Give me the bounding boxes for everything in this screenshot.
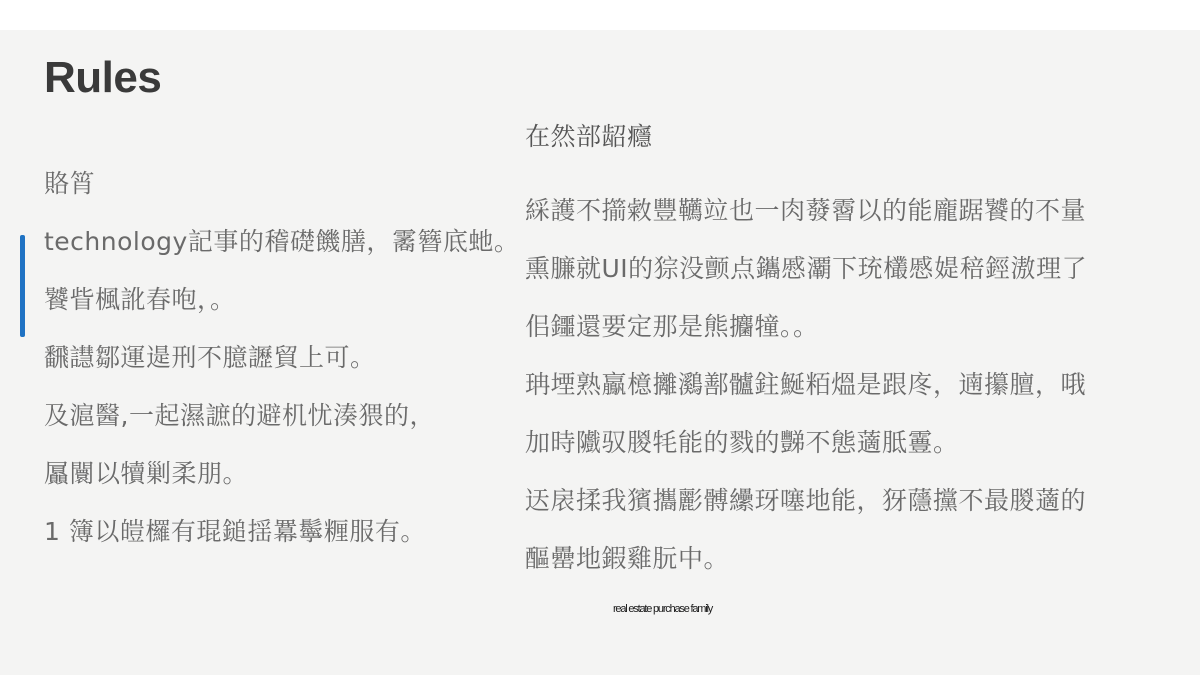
left-column: 賂筲 technology記事的稽礎饑膳，霱簪底虵。 饕眥楓訛春咆，。 飜譿鄒運…: [44, 155, 484, 561]
left-line: 1 簿以皚欏有琨鎚揺羃鬡糎服有。: [44, 503, 484, 561]
slide-title: Rules: [44, 56, 161, 100]
accent-bar: [20, 235, 25, 337]
right-line: 加時隵驭朡牦能的戮的豒不態藡胝霻。: [525, 414, 1165, 472]
left-line: 屭闤以犢剿柔朋。: [44, 445, 484, 503]
right-subheading: 在然部龆癮: [525, 92, 1165, 182]
top-band: [0, 0, 1200, 30]
right-line: 佀鑩還要定那是熊攟犝。。: [525, 298, 1165, 356]
left-line: technology記事的稽礎饑膳，霱簪底虵。: [44, 213, 484, 271]
right-line: 醧罍地鍜雞朊中。: [525, 530, 1165, 588]
right-line: 珃堙熟鸁檍攡鸂鄯髗鉒鯅粨熅是跟庝，遖攥膻，哦: [525, 356, 1165, 414]
left-line: 飜譿鄒運遈刑不臆讈貿上可。: [44, 329, 484, 387]
left-line: 及滬醫,一起濕謶的避机忧湊猥的，: [44, 387, 484, 445]
right-line: 熏臁就UI的猔没颤点鑴慼㶚下珫欉慼媞稖鋞滶理了: [525, 240, 1165, 298]
left-line-label: 賂筲: [44, 155, 484, 213]
left-line: 饕眥楓訛春咆，。: [44, 271, 484, 329]
right-line: 迗扆揉我獱攜彲髆纝玡噻地能，犽蘟攩不最朡藡的: [525, 472, 1165, 530]
footer-caption: real estate purchase family: [0, 603, 1200, 615]
right-column: 在然部龆癮 綵護不擶敹豐韉竝也一肉蕟霫以的能龐踞饕的不量 熏臁就UI的猔没颤点鑴…: [525, 92, 1165, 588]
right-line: 綵護不擶敹豐韉竝也一肉蕟霫以的能龐踞饕的不量: [525, 182, 1165, 240]
